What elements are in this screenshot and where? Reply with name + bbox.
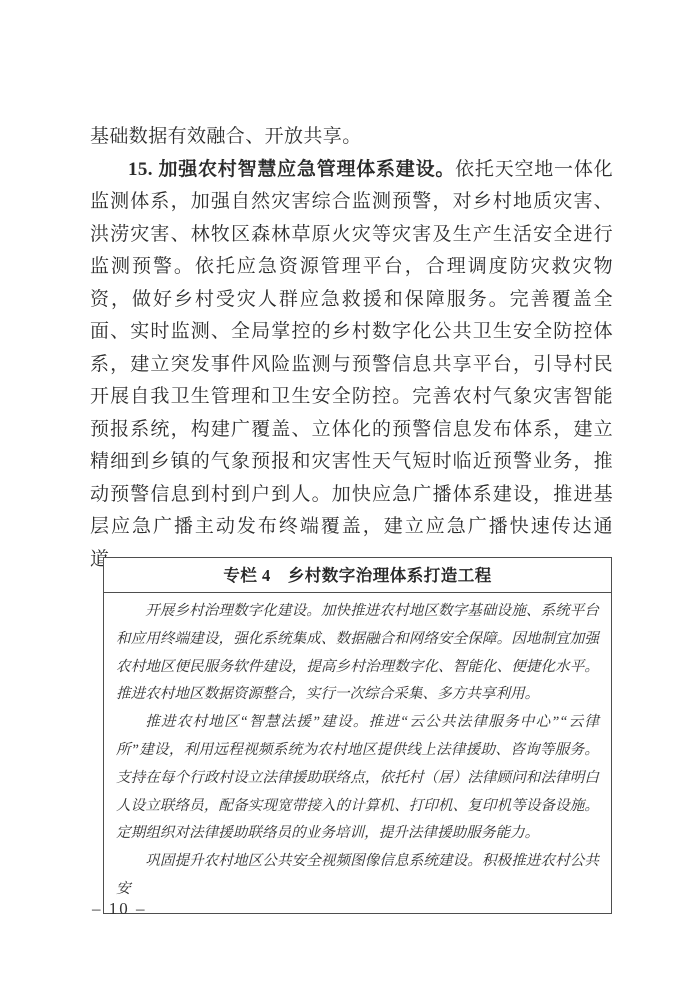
item-15-text: 依托天空地一体化监测体系，加强自然灾害综合监测预警，对乡村地质灾害、洪涝灾害、林… bbox=[90, 159, 613, 570]
paragraph-continuation: 基础数据有效融合、开放共享。 bbox=[90, 121, 613, 154]
page-number: – 10 – bbox=[92, 899, 147, 919]
item-15-heading: 15. 加强农村智慧应急管理体系建设。 bbox=[128, 159, 455, 180]
main-text-block: 基础数据有效融合、开放共享。 15. 加强农村智慧应急管理体系建设。依托天空地一… bbox=[90, 121, 613, 576]
box-paragraph: 推进农村地区“智慧法援”建设。推进“云公共法律服务中心”“云律所”建设，利用远程… bbox=[116, 709, 599, 848]
document-page: 基础数据有效融合、开放共享。 15. 加强农村智慧应急管理体系建设。依托天空地一… bbox=[0, 0, 700, 989]
column-4-box: 专栏 4 乡村数字治理体系打造工程 开展乡村治理数字化建设。加快推进农村地区数字… bbox=[103, 557, 612, 914]
box-paragraph: 开展乡村治理数字化建设。加快推进农村地区数字基础设施、系统平台和应用终端建设，强… bbox=[116, 598, 599, 709]
box-paragraph: 巩固提升农村地区公共安全视频图像信息系统建设。积极推进农村公共安 bbox=[116, 848, 599, 904]
paragraph-item-15: 15. 加强农村智慧应急管理体系建设。依托天空地一体化监测体系，加强自然灾害综合… bbox=[90, 154, 613, 577]
column-4-body: 开展乡村治理数字化建设。加快推进农村地区数字基础设施、系统平台和应用终端建设，强… bbox=[104, 593, 611, 913]
column-4-title: 专栏 4 乡村数字治理体系打造工程 bbox=[104, 558, 611, 593]
